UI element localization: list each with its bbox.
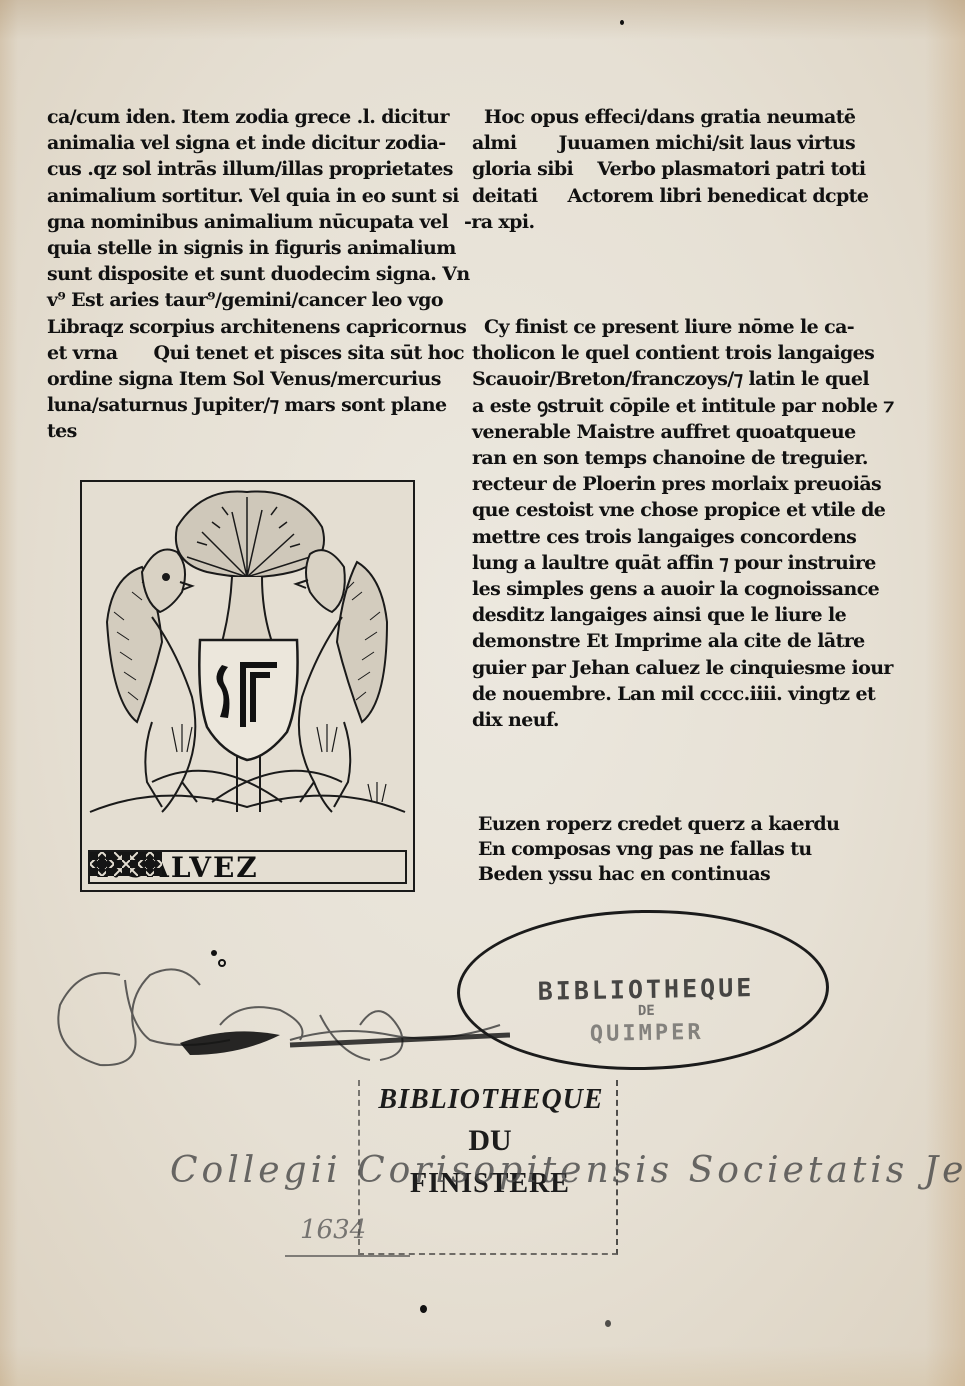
printers-mark-woodcut: I.CALVEZ [80,480,415,892]
inscription-year: 1634 [300,1215,366,1245]
text-line: gloria sibi Verbo plasmatori patri toti [472,156,868,182]
text-line: tholicon le quel contient trois langaige… [472,340,894,366]
text-line: mettre ces trois langaiges concordens [472,524,894,550]
ink-speck [420,1305,427,1313]
stamp-text: BIBLIOTHEQUE [366,1084,616,1116]
verse-line: Beden yssu hac en continuas [478,862,839,887]
text-line: ordine signa Item Sol Venus/mercurius [47,366,470,392]
text-line: dix neuf. [472,707,894,733]
text-line: -ra xpi. [464,209,868,235]
text-line: ca/cum iden. Item zodia grece .l. dicitu… [47,104,470,130]
left-text-column: ca/cum iden. Item zodia grece .l. dicitu… [47,104,470,445]
breton-verse: Euzen roperz credet querz a kaerdu En co… [478,812,839,887]
text-line: Cy finist ce present liure nōme le ca- [472,314,894,340]
text-line: tes [47,418,470,444]
crossed-out-signature [40,955,510,1075]
text-line: et vrna Qui tenet et pisces sita sūt hoc [47,340,470,366]
griffins-shield-illustration [82,482,413,890]
text-line: recteur de Ploerin pres morlaix preuoiās [472,471,894,497]
text-line: v⁹ Est aries taur⁹/gemini/cancer leo vgo [47,287,470,313]
inscription-underline [285,1255,410,1257]
text-line: desditz langaiges ainsi que le liure le [472,602,894,628]
ink-speck [211,950,217,956]
text-line: les simples gens a auoir la cognoissance [472,576,894,602]
verse-line: Euzen roperz credet querz a kaerdu [478,812,839,837]
text-line: venerable Maistre auffret quoatqueue [472,419,894,445]
checker-pattern-icon [90,852,162,876]
text-line: sunt disposite et sunt duodecim signa. V… [47,261,470,287]
text-line: cus .qz sol intrās illum/illas proprieta… [47,156,470,182]
ink-speck [620,20,624,25]
text-line: a este ꝯstruit cōpile et intitule par no… [472,393,894,419]
stamp-text: QUIMPER [497,1018,797,1048]
quimper-library-stamp: BIBLIOTHEQUE DE QUIMPER [456,907,831,1073]
text-line: lung a laultre quāt affin ⁊ pour instrui… [472,550,894,576]
text-line: deitati Actorem libri benedicat dcpte [472,183,868,209]
text-line: animalium sortitur. Vel quia in eo sunt … [47,183,470,209]
text-line: ran en son temps chanoine de treguier. [472,445,894,471]
text-line: Hoc opus effeci/dans gratia neumatē [472,104,868,130]
verse-line: En composas vng pas ne fallas tu [478,837,839,862]
text-line: guier par Jehan caluez le cinquiesme iou… [472,655,894,681]
text-line: luna/saturnus Jupiter/⁊ mars sont plane [47,392,470,418]
text-line: gna nominibus animalium nūcupata vel [47,209,470,235]
text-line: demonstre Et Imprime ala cite de lātre [472,628,894,654]
text-line: que cestoist vne chose propice et vtile … [472,497,894,523]
printer-name-band: I.CALVEZ [88,850,407,884]
ownership-inscription: Collegii Corisopitensis Societatis Jesu [170,1150,965,1191]
text-line: de nouembre. Lan mil cccc.iiii. vingtz e… [472,681,894,707]
right-text-column-top: Hoc opus effeci/dans gratia neumatē almi… [472,104,868,235]
text-line: almi Juuamen michi/sit laus virtus [472,130,868,156]
colophon-text: Cy finist ce present liure nōme le ca- t… [472,314,894,733]
text-line: quia stelle in signis in figuris animali… [47,235,470,261]
document-page: ca/cum iden. Item zodia grece .l. dicitu… [0,0,965,1386]
text-line: animalia vel signa et inde dicitur zodia… [47,130,470,156]
text-line: Libraqz scorpius architenens capricornus [47,314,470,340]
text-line: Scauoir/Breton/franczoys/⁊ latin le quel [472,366,894,392]
ink-speck [605,1320,611,1327]
